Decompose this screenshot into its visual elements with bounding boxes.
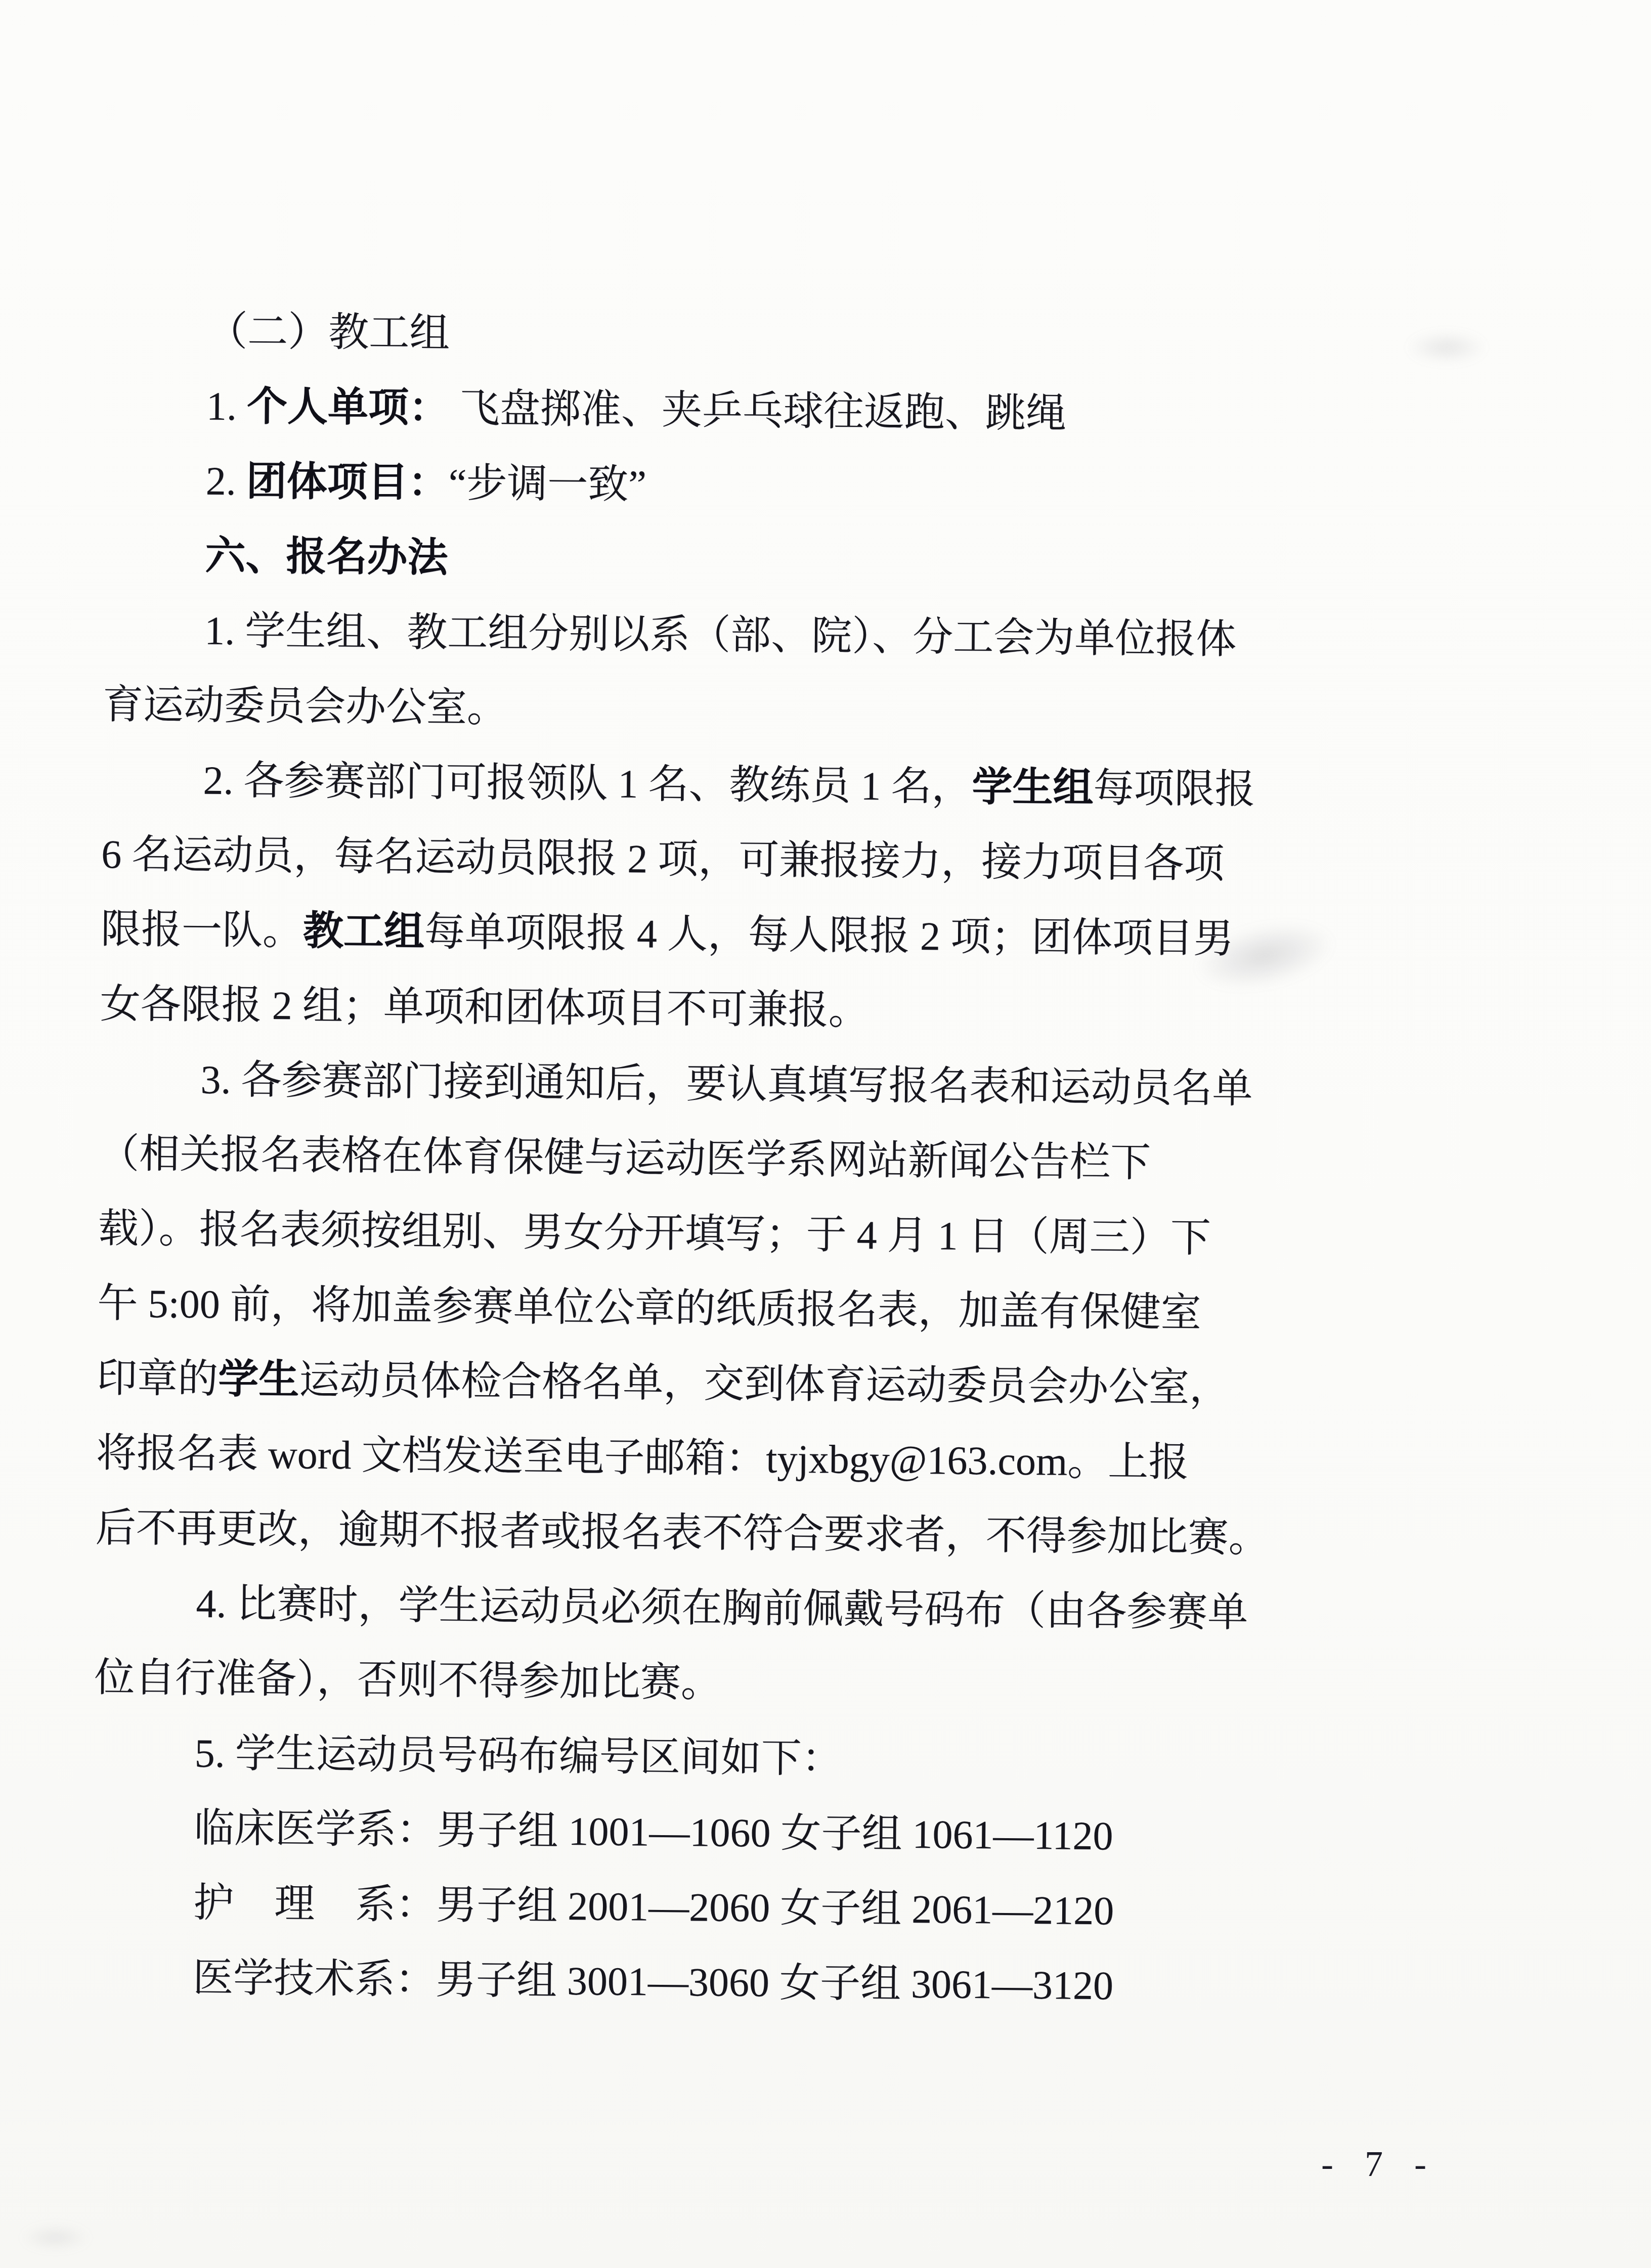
text-run-bold: 学生 — [218, 1357, 299, 1402]
text-run: 限报一队。 — [101, 907, 303, 953]
text-run-bold: 个人单项： — [247, 384, 450, 430]
text-run-bold: 教工组 — [303, 909, 425, 954]
text-run: 临床医学系：男子组 1001—1060 女子组 1061—1120 — [194, 1806, 1113, 1859]
text-line: 女各限报 2 组；单项和团体项目不可兼报。 — [100, 967, 1514, 1054]
text-line: 5. 学生运动员号码布编号区间如下： — [93, 1715, 1507, 1802]
text-run: 每项限报 — [1093, 766, 1255, 812]
page-number: - 7 - — [1321, 2143, 1438, 2185]
text-run: 护 理 系：男子组 2001—2060 女子组 2061—2120 — [193, 1881, 1114, 1934]
text-run: 4. 比赛时，学生运动员必须在胸前佩戴号码布（由各参赛单 — [196, 1582, 1248, 1635]
scan-smudge — [20, 2225, 91, 2250]
text-run: （相关报名表格在体育保健与运动医学系网站新闻公告栏下 — [99, 1132, 1151, 1185]
text-run: “步调一致” — [448, 461, 646, 507]
text-run: 运动员体检合格名单，交到体育运动委员会办公室， — [299, 1358, 1230, 1410]
text-line: 育运动委员会办公室。 — [102, 668, 1516, 754]
text-run: 印章的 — [97, 1356, 219, 1402]
text-run: 医学技术系：男子组 3001—3060 女子组 3061—3120 — [193, 1956, 1114, 2009]
text-line: 护 理 系：男子组 2001—2060 女子组 2061—2120 — [92, 1865, 1506, 1952]
text-run: 1. — [206, 384, 247, 429]
text-run-bold: 学生组 — [972, 765, 1094, 811]
text-line: 午 5:00 前，将加盖参赛单位公章的纸质报名表，加盖有保健室 — [97, 1266, 1511, 1353]
text-line: 六、报名办法 — [104, 518, 1518, 605]
text-run: 载）。报名表须按组别、男女分开填写；于 4 月 1 日（周三）下 — [98, 1207, 1211, 1261]
text-run: 将报名表 word 文档发送至电子邮箱：tyjxbgy@163.com。上报 — [96, 1431, 1189, 1485]
text-line: 2. 团体项目：“步调一致” — [104, 443, 1518, 530]
text-line: 载）。报名表须按组别、男女分开填写；于 4 月 1 日（周三）下 — [98, 1191, 1512, 1278]
text-run: 2. 各参赛部门可报领队 1 名、教练员 1 名， — [203, 759, 972, 810]
text-line: 4. 比赛时，学生运动员必须在胸前佩戴号码布（由各参赛单 — [95, 1566, 1509, 1653]
text-line: 印章的学生运动员体检合格名单，交到体育运动委员会办公室， — [97, 1341, 1511, 1428]
text-line: 限报一队。教工组每单项限报 4 人，每人限报 2 项；团体项目男 — [100, 892, 1514, 979]
text-line: 将报名表 word 文档发送至电子邮箱：tyjxbgy@163.com。上报 — [96, 1416, 1510, 1503]
text-run: （二）教工组 — [207, 309, 450, 356]
text-line: 临床医学系：男子组 1001—1060 女子组 1061—1120 — [93, 1790, 1507, 1877]
document-body: （二）教工组1. 个人单项： 飞盘掷准、夹乒乓球往返跑、跳绳2. 团体项目：“步… — [91, 293, 1520, 2027]
text-line: 1. 个人单项： 飞盘掷准、夹乒乓球往返跑、跳绳 — [105, 368, 1519, 455]
text-run: 午 5:00 前，将加盖参赛单位公章的纸质报名表，加盖有保健室 — [97, 1281, 1201, 1336]
text-run-bold: 团体项目： — [246, 459, 449, 505]
text-line: 1. 学生组、教工组分别以系（部、院）、分工会为单位报体 — [103, 593, 1517, 680]
text-line: 医学技术系：男子组 3001—3060 女子组 3061—3120 — [91, 1940, 1505, 2027]
text-run: 女各限报 2 组；单项和团体项目不可兼报。 — [100, 982, 869, 1033]
text-line: 位自行准备），否则不得参加比赛。 — [94, 1640, 1508, 1727]
text-line: 3. 各参赛部门接到通知后，要认真填写报名表和运动员名单 — [99, 1042, 1513, 1129]
text-line: 2. 各参赛部门可报领队 1 名、教练员 1 名，学生组每项限报 — [102, 742, 1516, 829]
text-line: （相关报名表格在体育保健与运动医学系网站新闻公告栏下 — [99, 1117, 1513, 1204]
text-line: 后不再更改，逾期不报者或报名表不符合要求者，不得参加比赛。 — [95, 1491, 1509, 1578]
text-run: 位自行准备），否则不得参加比赛。 — [94, 1656, 722, 1706]
text-run: 2. — [205, 459, 246, 504]
text-run-bold: 六、报名办法 — [205, 534, 448, 581]
text-line: （二）教工组 — [106, 293, 1520, 380]
text-run: 后不再更改，逾期不报者或报名表不符合要求者，不得参加比赛。 — [95, 1506, 1269, 1561]
scanned-page: （二）教工组1. 个人单项： 飞盘掷准、夹乒乓球往返跑、跳绳2. 团体项目：“步… — [0, 0, 1651, 2268]
text-run: 3. 各参赛部门接到通知后，要认真填写报名表和运动员名单 — [200, 1058, 1253, 1111]
text-line: 6 名运动员，每名运动员限报 2 项，可兼报接力，接力项目各项 — [101, 817, 1515, 904]
text-run: 每单项限报 4 人，每人限报 2 项；团体项目男 — [424, 910, 1234, 962]
text-run: 育运动委员会办公室。 — [103, 683, 508, 731]
text-run: 飞盘掷准、夹乒乓球往返跑、跳绳 — [449, 386, 1067, 436]
text-run: 6 名运动员，每名运动员限报 2 项，可兼报接力，接力项目各项 — [101, 832, 1225, 886]
text-run: 1. 学生组、教工组分别以系（部、院）、分工会为单位报体 — [204, 609, 1237, 662]
text-run: 5. 学生运动员号码布编号区间如下： — [194, 1731, 842, 1782]
